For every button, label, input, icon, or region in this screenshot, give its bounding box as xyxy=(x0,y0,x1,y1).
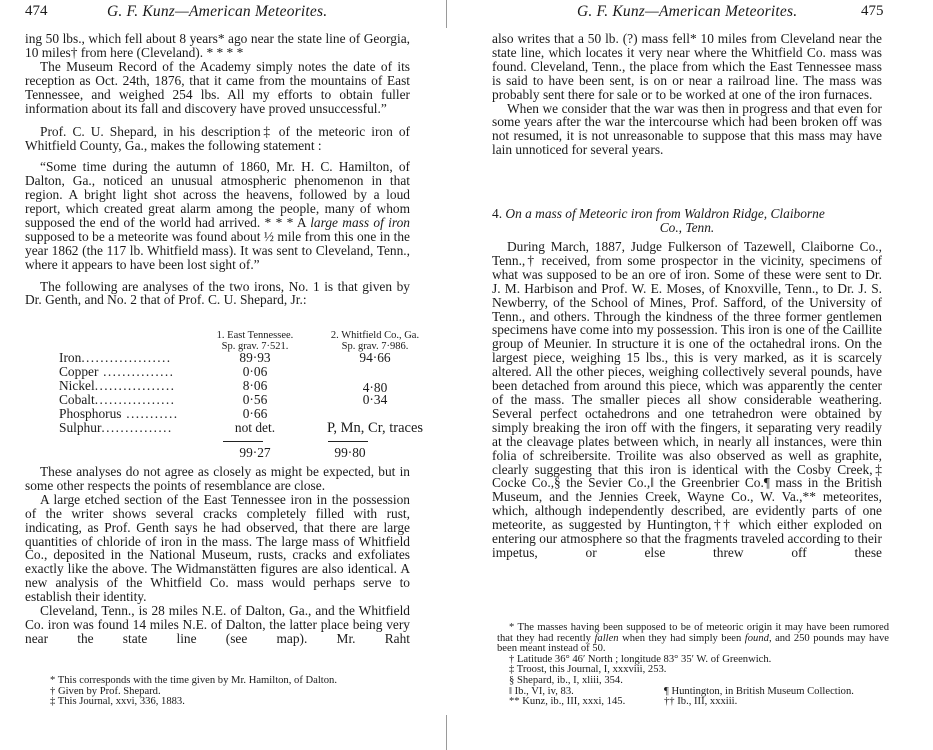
paragraph: The following are analyses of the two ir… xyxy=(25,280,410,308)
section-title: On a mass of Meteoric iron from Waldron … xyxy=(505,206,824,221)
sum-rule-col2 xyxy=(328,441,368,442)
table-row: Iron................... 89·93 94·66 xyxy=(55,351,435,365)
table-header-col2: 2. Whitfield Co., Ga. Sp. grav. 7·986. xyxy=(310,330,440,352)
element-label: Cobalt................. xyxy=(59,393,175,407)
quote-italic: large mass of iron xyxy=(310,215,410,230)
element-label: Copper ............... xyxy=(59,365,174,379)
footnote: ‖ Ib., VI, iv, 83. xyxy=(509,686,574,697)
paragraph: Cleveland, Tenn., is 28 miles N.E. of Da… xyxy=(25,604,410,646)
value-east-tennessee: 0·56 xyxy=(220,393,290,407)
table-row: Copper ............... 0·06 xyxy=(55,365,435,379)
value-whitfield: P, Mn, Cr, traces xyxy=(320,421,430,435)
sum-rule-col1 xyxy=(223,441,263,442)
value-east-tennessee: 8·06 xyxy=(220,379,290,393)
table-header-col1: 1. East Tennessee. Sp. grav. 7·521. xyxy=(200,330,310,352)
value-east-tennessee: not det. xyxy=(220,421,290,435)
block-quote: “Some time during the autumn of 1860, Mr… xyxy=(25,160,410,271)
right-page: G. F. Kunz—American Meteorites. 475 also… xyxy=(447,0,933,750)
paragraph: ing 50 lbs., which fell about 8 years* a… xyxy=(25,32,410,60)
paragraph: A large etched section of the East Tenne… xyxy=(25,493,410,604)
footnotes: * The masses having been supposed to be … xyxy=(497,623,889,708)
running-title: G. F. Kunz—American Meteorites. xyxy=(577,3,797,21)
table-row: Nickel................. 8·06 4·80 xyxy=(55,379,435,393)
paragraph: Prof. C. U. Shepard, in his description‡… xyxy=(25,125,410,153)
total-whitfield: 99·80 xyxy=(295,446,405,460)
left-page: 474 G. F. Kunz—American Meteorites. ing … xyxy=(0,0,447,750)
footnote: †† Ib., III, xxxiii. xyxy=(664,697,737,708)
footnotes: * This corresponds with the time given b… xyxy=(50,676,337,708)
body-text-top: also writes that a 50 lb. (?) mass fell*… xyxy=(492,32,882,157)
footnote: * This corresponds with the time given b… xyxy=(50,676,337,687)
total-east-tennessee: 99·27 xyxy=(220,446,290,460)
section-number: 4. xyxy=(492,206,502,221)
table-row: Phosphorus ........... 0·66 xyxy=(55,407,435,421)
paragraph: During March, 1887, Judge Fulkerson of T… xyxy=(492,240,882,560)
section-title-cont: Co., Tenn. xyxy=(660,220,715,235)
element-label: Iron................... xyxy=(59,351,172,365)
section-body: During March, 1887, Judge Fulkerson of T… xyxy=(492,240,882,560)
paragraph: also writes that a 50 lb. (?) mass fell*… xyxy=(492,32,882,102)
paragraph: These analyses do not agree as closely a… xyxy=(25,465,410,493)
value-east-tennessee: 0·66 xyxy=(220,407,290,421)
element-label: Sulphur............... xyxy=(59,421,173,435)
page-number: 475 xyxy=(861,3,884,20)
footnote-row: ** Kunz, ib., III, xxxi, 145. †† Ib., II… xyxy=(497,697,889,708)
running-title: G. F. Kunz—American Meteorites. xyxy=(107,3,327,21)
header-line: 1. East Tennessee. xyxy=(200,330,310,341)
section-heading: 4. On a mass of Meteoric iron from Waldr… xyxy=(492,207,882,235)
footnote: * The masses having been supposed to be … xyxy=(497,623,889,655)
element-label: Phosphorus ........... xyxy=(59,407,179,421)
table-totals-row: 99·27 99·80 xyxy=(55,446,435,460)
body-text-top: ing 50 lbs., which fell about 8 years* a… xyxy=(25,32,410,307)
value-whitfield: 0·34 xyxy=(320,393,430,407)
table-row: Sulphur............... not det. P, Mn, C… xyxy=(55,421,435,435)
page-number: 474 xyxy=(25,3,48,20)
table-row: Cobalt................. 0·56 0·34 xyxy=(55,393,435,407)
paragraph: When we consider that the war was then i… xyxy=(492,102,882,158)
element-label: Nickel................. xyxy=(59,379,175,393)
value-east-tennessee: 0·06 xyxy=(220,365,290,379)
body-text-bottom: These analyses do not agree as closely a… xyxy=(25,465,410,646)
header-line: 2. Whitfield Co., Ga. xyxy=(310,330,440,341)
section-heading-line: Co., Tenn. xyxy=(492,221,882,235)
paragraph: The Museum Record of the Academy simply … xyxy=(25,60,410,116)
footnote: ** Kunz, ib., III, xxxi, 145. xyxy=(509,696,625,707)
section-heading-line: 4. On a mass of Meteoric iron from Waldr… xyxy=(492,207,882,221)
value-east-tennessee: 89·93 xyxy=(220,351,290,365)
value-whitfield: 94·66 xyxy=(320,351,430,365)
quote-text: supposed to be a meteorite was found abo… xyxy=(25,229,410,272)
footnote: ‡ This Journal, xxvi, 336, 1883. xyxy=(50,697,337,708)
